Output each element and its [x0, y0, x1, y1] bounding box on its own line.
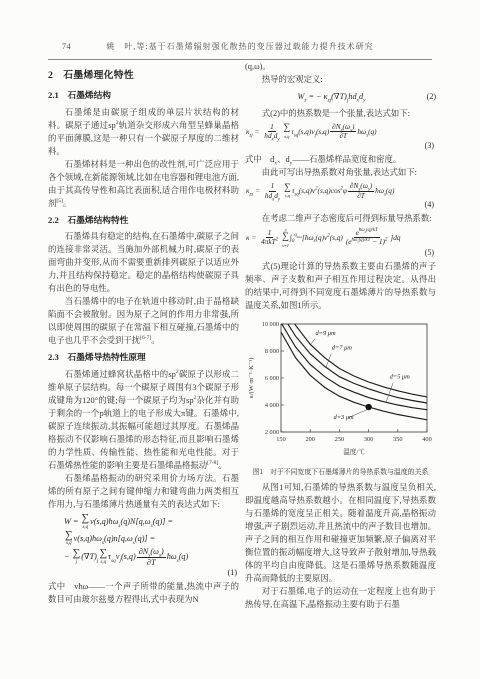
svg-text:300: 300 [364, 436, 373, 443]
running-title: 姚 叶,等:基于石墨烯辐射强化散热的变压器过载能力提升技术研究 [48, 41, 432, 52]
figure1-chart: 1502002503003504002 0004 0006 0008 00010… [245, 316, 435, 466]
svg-text:4 000: 4 000 [265, 402, 279, 409]
subsection-2-1-heading: 2.1 石墨烯结构 [48, 89, 239, 102]
page-number: 74 [62, 42, 71, 51]
svg-text:2 000: 2 000 [265, 429, 279, 436]
equation-2-body: Wz = − κzj(∇T)jhdxdy [245, 89, 418, 105]
paragraph: 对于石墨烯,电子的运动在一定程度上也有助于热传导,在高温下,晶格振动主要有助于石… [245, 585, 436, 611]
paragraph: 式中 dx、dy——石墨烯样品宽度和密度。 [245, 153, 436, 166]
paragraph: 热导的宏观定义: [245, 73, 436, 86]
paragraph: 式(2)中的热系数是一个张量,表达式如下: [245, 107, 436, 120]
equation-2-number: (2) [418, 89, 436, 104]
equation-1: W = ∑s,qv(s,q)ħωs(q)N[q,ωs(q)] = ∑s,qv(s… [48, 514, 239, 577]
equation-5: κ = 14πkT23∑s=1∫0qmax[ħωs(q)v2(s,q)eħωs(… [245, 228, 436, 258]
equation-5-number: (5) [245, 248, 434, 258]
subsection-2-3-heading: 2.3 石墨烯导热特性原理 [48, 351, 239, 364]
svg-text:d=7 μm: d=7 μm [332, 344, 353, 351]
svg-text:150: 150 [276, 436, 285, 443]
paragraph: 从图1可知,石墨烯的导热系数与温度呈负相关,即温度越高导热系数越小。在相同温度下… [245, 481, 436, 585]
paragraph: 式(5)理论计算的导热系数主要由石墨烯的声子频率、声子支数和声子相互作用过程决定… [245, 260, 436, 312]
paragraph: 石墨烯是由碳原子组成的单层片状结构的材料。碳原子通过sp2轨道杂交形成六角型呈蜂… [48, 106, 239, 158]
svg-text:温度/℃: 温度/℃ [343, 447, 365, 456]
equation-2: Wz = − κzj(∇T)jhdxdy (2) [245, 89, 436, 105]
svg-text:10 000: 10 000 [262, 321, 279, 328]
equation-1-line-3: − ∑j(∇T)j∑s,qτsqvj(s,q)∂Ns(ωs)∂Tħωs(q) [48, 547, 239, 568]
svg-text:400: 400 [422, 436, 431, 443]
paragraph: 石墨烯通过蜂窝状晶格中的sp2碳原子以形成二维单原子层结构。每一个碳原子周围有3… [48, 368, 239, 472]
equation-1-line-1: W = ∑s,qv(s,q)ħωs(q)N[q,ωs(q)] = [48, 514, 239, 531]
equation-3: κzj = 1hdxdy∑s,qτsq(s,q)vj(s,q)∂Ns(ωs)∂T… [245, 123, 436, 151]
equation-1-line-2: ∑s,qv(s,q)ħωs(q)n[q,ωs(q)] = [48, 531, 239, 548]
svg-text:d=3 μm: d=3 μm [334, 414, 355, 421]
svg-text:d=9 μm: d=9 μm [315, 330, 336, 337]
svg-text:κ/(W·m⁻¹·K⁻¹): κ/(W·m⁻¹·K⁻¹) [248, 357, 255, 398]
paragraph: 石墨烯具有稳定的结构,在石墨烯中,碳原子之间的连接非常灵活。当施加外部机械力时,… [48, 230, 239, 295]
right-column: (q,ω)。 热导的宏观定义: Wz = − κzj(∇T)jhdxdy (2)… [245, 60, 436, 611]
svg-text:350: 350 [393, 436, 402, 443]
paragraph: 当石墨烯中的电子在轨道中移动时,由于晶格缺陷面不会被散射。因为原子之间的作用力非… [48, 295, 239, 347]
svg-text:d=5 μm: d=5 μm [390, 373, 411, 380]
figure-1: 1502002503003504002 0004 0006 0008 00010… [245, 316, 436, 477]
figure1-caption: 图1 对于不同宽度下石墨烯薄片的导热系数与温度的关系 [245, 468, 436, 477]
equation-5-body: κ = 14πkT23∑s=1∫0qmax[ħωs(q)v2(s,q)eħωs(… [245, 228, 436, 248]
paragraph: 式中 vħω——一个声子所带的能量,热流中声子的数目可由玻尔兹曼方程得出,式中表… [48, 580, 239, 606]
equation-3-body: κzj = 1hdxdy∑s,qτsq(s,q)vj(s,q)∂Ns(ωs)∂T… [245, 123, 436, 142]
paragraph: 石墨烯材料是一种出色的改性剂,可广泛应用于各个领域,在新能源领域,比如在电容器和… [48, 158, 239, 210]
svg-text:8 000: 8 000 [265, 348, 279, 355]
paragraph-continuation: (q,ω)。 [245, 60, 436, 73]
paper-page: 74 姚 叶,等:基于石墨烯辐射强化散热的变压器过载能力提升技术研究 2 石墨烯… [0, 0, 480, 679]
equation-4-body: κzz = 1hdxdy∑s,qτsq(s,q)v2(s,q)cos2φ∂Ns(… [245, 182, 436, 201]
equation-4: κzz = 1hdxdy∑s,qτsq(s,q)v2(s,q)cos2φ∂Ns(… [245, 182, 436, 210]
svg-text:200: 200 [305, 436, 314, 443]
svg-text:6 000: 6 000 [265, 375, 279, 382]
paragraph: 由此可写出导热系数对角张量,表达式如下: [245, 166, 436, 179]
section-heading: 2 石墨烯理化特性 [48, 68, 239, 83]
paragraph: 在考虑二维声子态密度后可得到标量导热系数: [245, 212, 436, 225]
page-header: 74 姚 叶,等:基于石墨烯辐射强化散热的变压器过载能力提升技术研究 [48, 41, 432, 60]
paragraph: 石墨烯晶格振动的研究采用价力场方法。石墨烯的所有原子之间有键伸缩力和键弯曲力两类… [48, 472, 239, 511]
svg-text:250: 250 [335, 436, 344, 443]
subsection-2-2-heading: 2.2 石墨烯结构特性 [48, 214, 239, 227]
left-column: 2 石墨烯理化特性 2.1 石墨烯结构 石墨烯是由碳原子组成的单层片状结构的材料… [48, 66, 239, 606]
equation-1-number: (1) [48, 568, 237, 578]
